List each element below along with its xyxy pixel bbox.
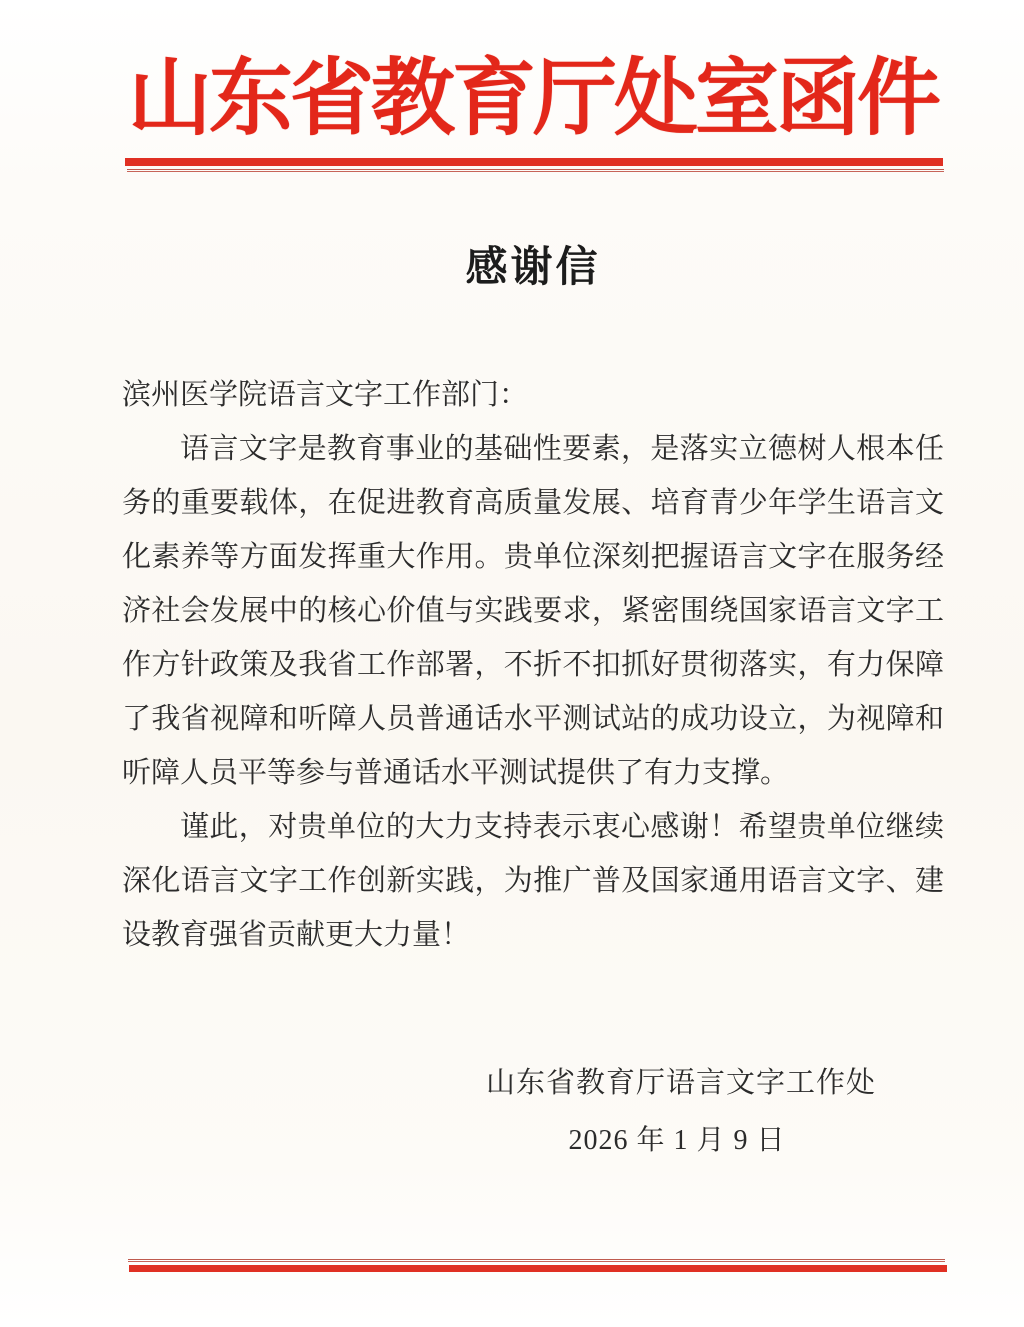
letterhead-rule-thick [125, 158, 943, 166]
footer-rule-thin [128, 1259, 945, 1262]
letter-page: 山东省教育厅处室函件 感谢信 滨州医学院语言文字工作部门： 语言文字是教育事业的… [0, 0, 1024, 1327]
letterhead-title: 山东省教育厅处室函件 [122, 50, 944, 149]
document-title: 感谢信 [122, 242, 944, 295]
signature-block: 山东省教育厅语言文字工作处 2026 年 1 月 9 日 [486, 1068, 868, 1156]
letter-body: 滨州医学院语言文字工作部门： 语言文字是教育事业的基础性要素，是落实立德树人根本… [122, 368, 944, 962]
signature-org: 山东省教育厅语言文字工作处 [486, 1068, 868, 1098]
footer-rule-thick [129, 1265, 947, 1272]
letterhead-rule-thin [127, 169, 944, 172]
signature-date: 2026 年 1 月 9 日 [486, 1126, 868, 1156]
paragraph-1: 语言文字是教育事业的基础性要素，是落实立德树人根本任务的重要载体，在促进教育高质… [122, 422, 944, 800]
paragraph-2: 谨此，对贵单位的大力支持表示衷心感谢！希望贵单位继续深化语言文字工作创新实践，为… [122, 800, 944, 962]
salutation: 滨州医学院语言文字工作部门： [122, 368, 944, 422]
